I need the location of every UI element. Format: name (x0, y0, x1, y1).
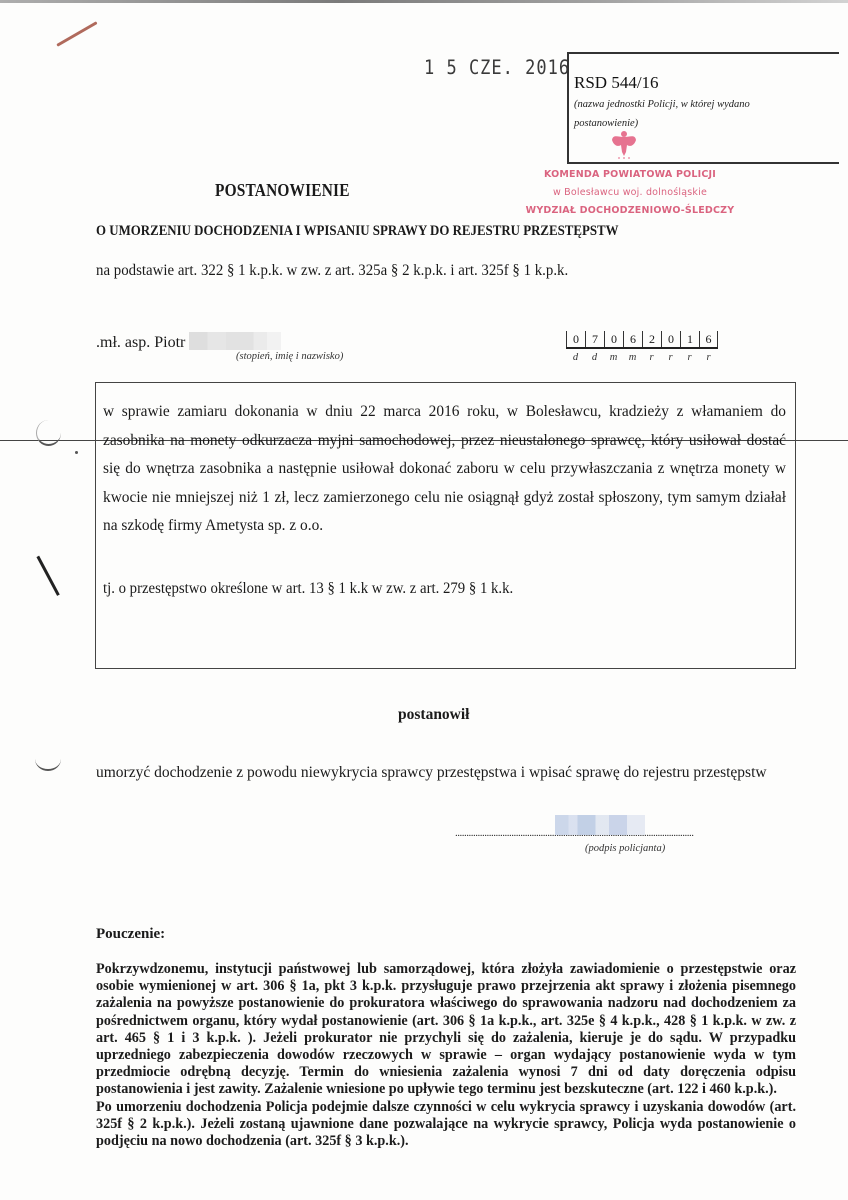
date-digit: 1 (680, 331, 699, 347)
instructions-paragraph: Po umorzeniu dochodzenia Policja podejmi… (96, 1099, 796, 1151)
date-label: d (566, 352, 585, 363)
instructions-body: Pokrzywdzonemu, instytucji państwowej lu… (96, 961, 796, 1150)
redacted-signature (555, 815, 645, 835)
date-label: m (604, 352, 623, 363)
date-label: r (642, 352, 661, 363)
case-description-text: w sprawie zamiaru dokonania w dniu 22 ma… (103, 398, 786, 541)
document-title: POSTANOWIENIE (215, 180, 350, 201)
case-number: RSD 544/16 (574, 73, 659, 93)
instructions-heading: Pouczenie: (96, 926, 165, 943)
instructions-paragraph: Pokrzywdzonemu, instytucji państwowej lu… (96, 961, 796, 1099)
pen-slash-mark (37, 556, 60, 596)
officer-name: .mł. asp. Piotr (96, 334, 185, 351)
date-digit: 6 (623, 331, 642, 347)
stamp-line: w Bolesławcu woj. dolnośląskie (505, 184, 755, 202)
date-label: r (680, 352, 699, 363)
date-label: d (585, 352, 604, 363)
punch-hole-icon (36, 420, 61, 446)
date-digit: 0 (604, 331, 623, 347)
officer-caption: (stopień, imię i nazwisko) (236, 351, 343, 362)
legal-basis: na podstawie art. 322 § 1 k.p.k. w zw. z… (96, 262, 568, 280)
document-subtitle: O UMORZENIU DOCHODZENIA I WPISANIU SPRAW… (96, 223, 619, 240)
police-unit-stamp: KOMENDA POWIATOWA POLICJI w Bolesławcu w… (505, 166, 755, 220)
scan-top-edge (0, 0, 848, 3)
ink-dot (75, 451, 78, 454)
decision-text: umorzyć dochodzenie z powodu niewykrycia… (96, 764, 796, 782)
date-label: r (661, 352, 680, 363)
issue-date-grid: 0 7 0 6 2 0 1 6 (566, 331, 718, 349)
date-digit: 6 (699, 331, 718, 347)
issue-date-labels: d d m m r r r r (566, 352, 718, 363)
date-digit: 7 (585, 331, 604, 347)
pen-mark (56, 21, 97, 47)
offense-qualification: tj. o przestępstwo określone w art. 13 §… (103, 580, 513, 598)
date-digit: 0 (566, 331, 585, 347)
date-label: r (699, 352, 718, 363)
redacted-surname (189, 332, 281, 350)
case-description: w sprawie zamiaru dokonania w dniu 22 ma… (103, 398, 786, 541)
punch-hole-icon (35, 747, 61, 771)
stamp-line: WYDZIAŁ DOCHODZENIOWO-ŚLEDCZY (505, 202, 755, 220)
date-digit: 2 (642, 331, 661, 347)
date-digit: 0 (661, 331, 680, 347)
received-date-stamp: 1 5 CZE. 2016 (424, 57, 570, 80)
officer-line: .mł. asp. Piotr (96, 332, 281, 352)
eagle-emblem-icon (610, 128, 638, 160)
decision-heading: postanowił (398, 706, 470, 724)
stamp-line: KOMENDA POWIATOWA POLICJI (505, 166, 755, 184)
date-label: m (623, 352, 642, 363)
signature-caption: (podpis policjanta) (585, 843, 665, 854)
